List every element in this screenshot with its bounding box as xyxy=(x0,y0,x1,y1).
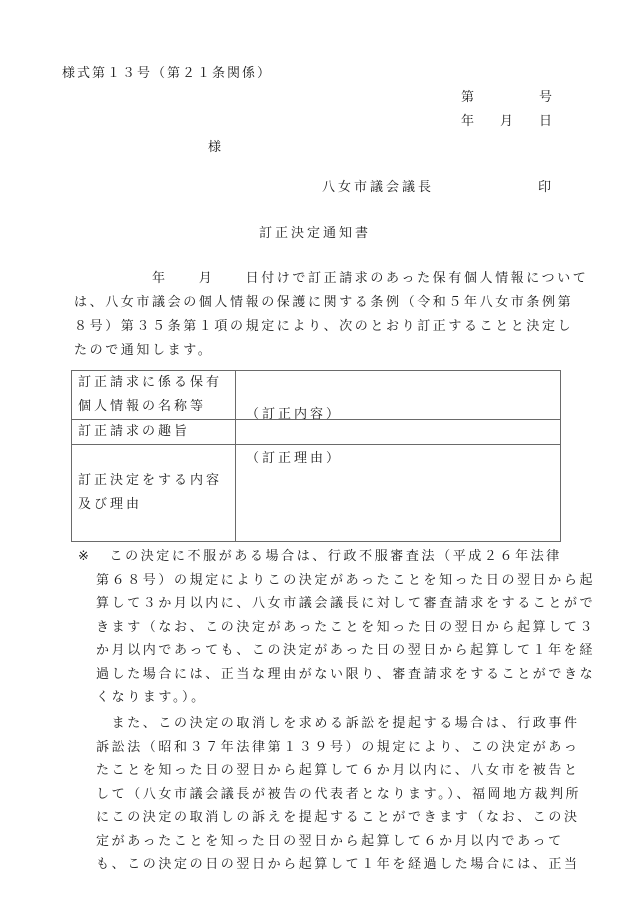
body-line: ８号）第３５条第１項の規定により、次のとおり訂正することと決定し xyxy=(74,315,566,339)
notice-line: この決定に不服がある場合は、行政不服審査法（平成２６年法律 xyxy=(110,549,562,564)
notice-line: にこの決定の取消しの訴えを提起することができます（なお、この決 xyxy=(96,806,576,830)
appeal-notice: ※この決定に不服がある場合は、行政不服審査法（平成２６年法律 第６８号）の規定に… xyxy=(78,545,578,710)
correction-content-label: （訂正内容） xyxy=(246,403,342,422)
notice-line: も、この決定の日の翌日から起算して１年を経過した場合には、正当 xyxy=(96,853,576,877)
notice-line: 第６８号）の規定によりこの決定があったことを知った日の翌日から起 xyxy=(78,569,578,593)
notice-line: 算して３か月以内に、八女市議会議長に対して審査請求をすることがで xyxy=(78,592,578,616)
notice-line: 訴訟法（昭和３７年法律第１３９号）の規定により、この決定があっ xyxy=(96,736,576,760)
sender-name: 八女市議会議長 xyxy=(322,176,434,195)
body-line: たので通知します。 xyxy=(74,339,566,363)
addressee-suffix: 様 xyxy=(208,136,221,155)
date-year: 年 xyxy=(461,110,474,129)
lawsuit-notice: また、この決定の取消しを求める訴訟を提起する場合は、行政事件 訴訟法（昭和３７年… xyxy=(96,712,576,877)
notice-line: また、この決定の取消しを求める訴訟を提起する場合は、行政事件 xyxy=(96,712,576,736)
row-label: 訂正請求に係る保有 個人情報の名称等 xyxy=(72,371,236,420)
correction-info-table: 訂正請求に係る保有 個人情報の名称等 訂正請求の趣旨 訂正決定をする内容 及び理… xyxy=(71,370,561,542)
number-prefix: 第 xyxy=(461,86,474,105)
row-label: 訂正請求の趣旨 xyxy=(72,420,236,445)
date-month: 月 xyxy=(500,110,513,129)
form-number: 様式第１３号（第２１条関係） xyxy=(62,62,272,81)
body-line: は、八女市議会の個人情報の保護に関する条例（令和５年八女市条例第 xyxy=(74,291,566,315)
table-row: 訂正請求の趣旨 xyxy=(72,420,561,445)
number-suffix: 号 xyxy=(539,86,552,105)
date-day: 日 xyxy=(539,110,552,129)
table-row: 訂正決定をする内容 及び理由 （訂正内容） （訂正理由） xyxy=(72,445,561,542)
row-value-decision-content[interactable]: （訂正内容） （訂正理由） xyxy=(236,445,561,542)
notice-line: きます（なお、この決定があったことを知った日の翌日から起算して３ xyxy=(78,616,578,640)
notice-line: くなります。）。 xyxy=(78,686,578,710)
body-line: 年 月 日付けで訂正請求のあった保有個人情報について xyxy=(74,267,566,291)
seal-mark: 印 xyxy=(538,176,551,195)
notice-line: たことを知った日の翌日から起算して６か月以内に、八女市を被告と xyxy=(96,759,576,783)
row-label: 訂正決定をする内容 及び理由 xyxy=(72,445,236,542)
body-paragraph: 年 月 日付けで訂正請求のあった保有個人情報について は、八女市議会の個人情報の… xyxy=(74,267,566,363)
notice-line: 定があったことを知った日の翌日から起算して６か月以内であって xyxy=(96,830,576,854)
correction-reason-label: （訂正理由） xyxy=(246,447,342,466)
notice-mark: ※ xyxy=(78,549,92,564)
notice-line: して（八女市議会議長が被告の代表者となります。）、福岡地方裁判所 xyxy=(96,783,576,807)
notice-line: 過した場合には、正当な理由がない限り、審査請求をすることができな xyxy=(78,663,578,687)
row-value-request-purpose[interactable] xyxy=(236,420,561,445)
document-title: 訂正決定通知書 xyxy=(0,222,630,241)
notice-line: か月以内であっても、この決定があった日の翌日から起算して１年を経 xyxy=(78,639,578,663)
